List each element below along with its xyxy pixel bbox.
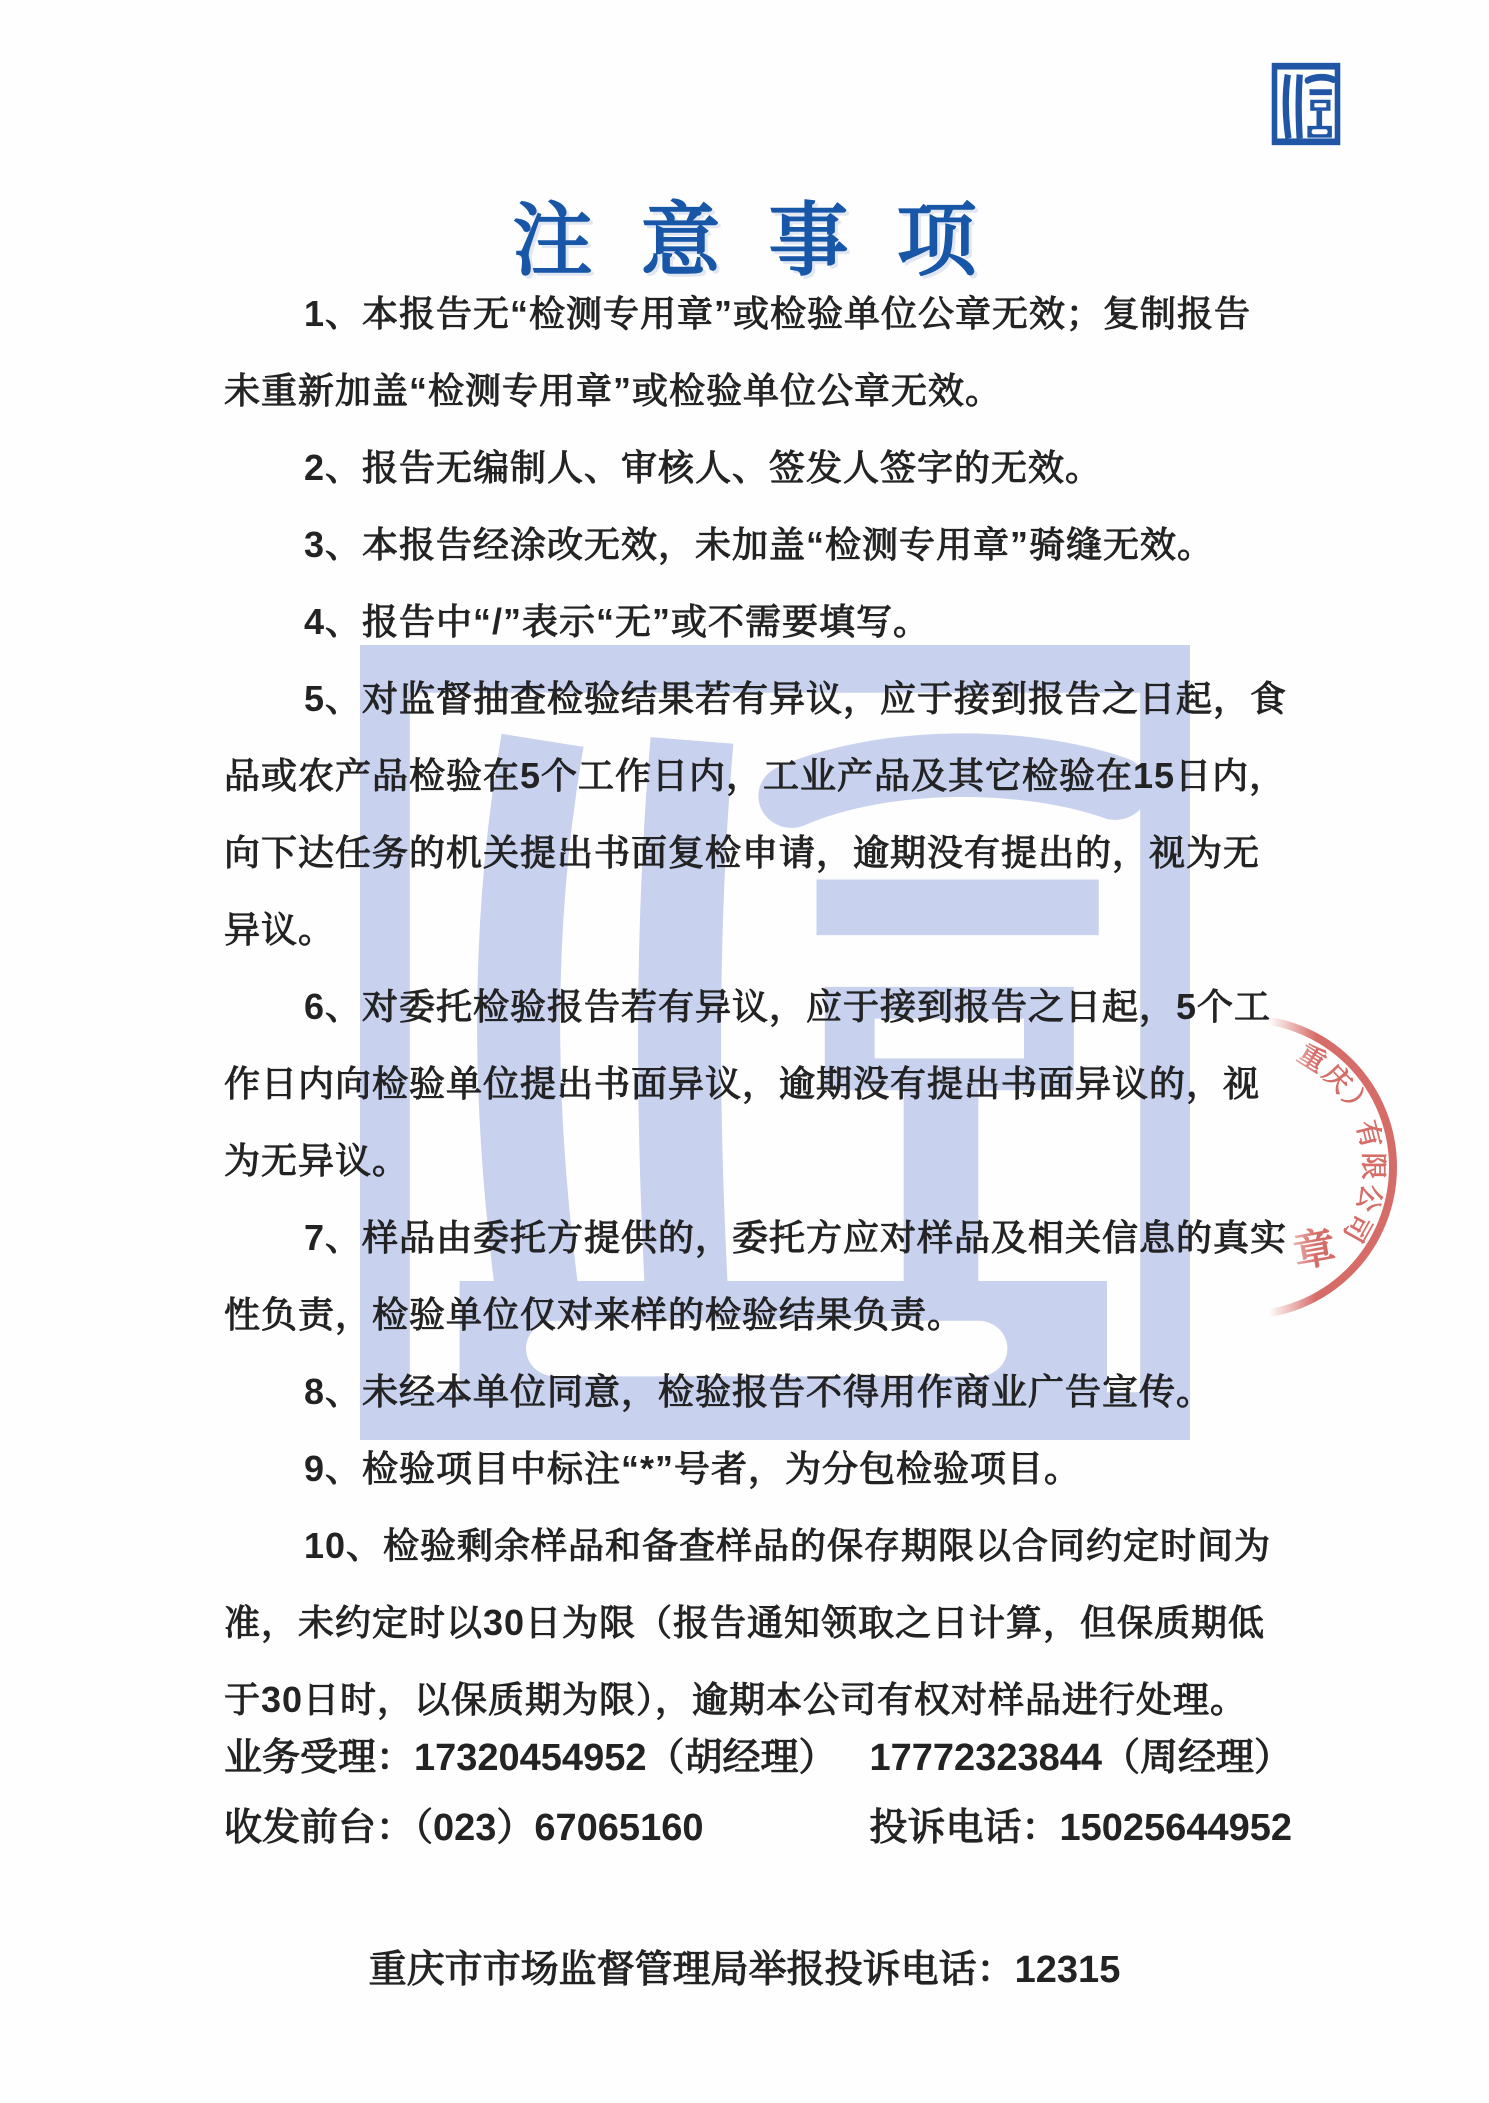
note-line: 10、检验剩余样品和备查样品的保存期限以合同约定时间为 [224, 1507, 1292, 1584]
note-line: 1、本报告无“检测专用章”或检验单位公章无效；复制报告 [224, 275, 1292, 352]
complaint-phone: 投诉电话：15025644952 [870, 1796, 1292, 1860]
red-company-stamp-icon: 重庆）有限公司 章 [1075, 997, 1415, 1337]
business-phone-right: 17772323844（周经理） [870, 1726, 1292, 1790]
market-regulator-hotline: 重庆市市场监督管理局举报投诉电话：12315 [0, 1938, 1489, 2002]
company-seal-logo-icon [1271, 62, 1341, 146]
contact-row-frontdesk: 收发前台：（023）67065160 投诉电话：15025644952 [224, 1796, 1292, 1860]
svg-text:重庆）有限公司: 重庆）有限公司 [1293, 1039, 1389, 1250]
note-line: 4、报告中“/”表示“无”或不需要填写。 [224, 583, 1292, 660]
note-line: 5、对监督抽查检验结果若有异议，应于接到报告之日起，食 [224, 660, 1292, 737]
note-line: 2、报告无编制人、审核人、签发人签字的无效。 [224, 429, 1292, 506]
stamp-arc-text: 重庆）有限公司 [1293, 1039, 1389, 1250]
notice-page: 注意事项 1、本报告无“检测专用章”或检验单位公章无效；复制报告未重新加盖“检测… [0, 0, 1489, 2103]
note-line: 品或农产品检验在5个工作日内，工业产品及其它检验在15日内， [224, 737, 1292, 814]
note-line: 9、检验项目中标注“*”号者，为分包检验项目。 [224, 1430, 1292, 1507]
note-line: 8、未经本单位同意，检验报告不得用作商业广告宣传。 [224, 1353, 1292, 1430]
note-line: 异议。 [224, 891, 1292, 968]
frontdesk-phone: 收发前台：（023）67065160 [224, 1796, 703, 1860]
contact-row-business: 业务受理：17320454952（胡经理） 17772323844（周经理） [224, 1726, 1292, 1790]
note-line: 准，未约定时以30日为限（报告通知领取之日计算，但保质期低 [224, 1584, 1292, 1661]
stamp-seal-char: 章 [1290, 1223, 1340, 1278]
note-line: 向下达任务的机关提出书面复检申请，逾期没有提出的，视为无 [224, 814, 1292, 891]
business-phone-left: 业务受理：17320454952（胡经理） [224, 1726, 836, 1790]
note-line: 3、本报告经涂改无效，未加盖“检测专用章”骑缝无效。 [224, 506, 1292, 583]
page-title: 注意事项 [0, 176, 1489, 291]
note-line: 未重新加盖“检测专用章”或检验单位公章无效。 [224, 352, 1292, 429]
